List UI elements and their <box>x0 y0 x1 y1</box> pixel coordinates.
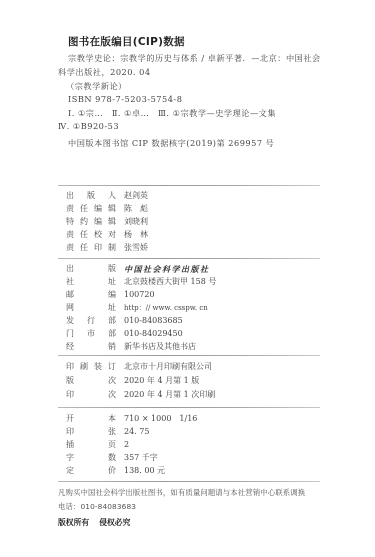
divider <box>58 355 320 356</box>
publisher-value: 100720 <box>124 290 155 300</box>
cip-line-1: 宗教学史论：宗教学的历史与体系 / 卓新平著．—北京：中国社会 <box>68 53 321 63</box>
publisher-label: 网址 <box>66 303 116 313</box>
editor-row: 责任编辑陈 彪 <box>66 204 148 214</box>
publisher-label: 社址 <box>66 277 116 287</box>
divider <box>58 185 320 186</box>
editor-value: 陈 彪 <box>124 204 148 214</box>
publisher-label: 邮编 <box>66 290 116 300</box>
publisher-row: 邮编100720 <box>66 290 155 300</box>
cip-classification-1: Ⅰ. ①宗… Ⅱ. ①卓… Ⅲ. ①宗教学—史学理论—文集 <box>68 108 276 118</box>
cip-classification-2: Ⅳ. ①B920-53 <box>58 121 119 131</box>
publisher-label: 经销 <box>66 342 116 352</box>
copyright-notice: 版权所有侵权必究 <box>58 517 130 528</box>
spec-label: 定价 <box>66 466 116 476</box>
editor-value: 张雪娇 <box>124 243 148 253</box>
spec-label: 开本 <box>66 414 116 424</box>
printing-label: 版次 <box>66 376 116 386</box>
publisher-value: 010-84029450 <box>124 329 183 339</box>
publisher-label: 发行部 <box>66 316 116 326</box>
spec-label: 印张 <box>66 427 116 437</box>
editor-value: 杨 林 <box>124 230 148 240</box>
cip-record-number: 中国版本图书馆 CIP 数据核字(2019)第 269957 号 <box>68 138 274 148</box>
divider <box>58 407 320 408</box>
publisher-value: 010-84083685 <box>124 316 183 326</box>
printing-label: 印刷装订 <box>66 362 116 372</box>
spec-value: 2 <box>124 440 129 450</box>
printing-row: 印次2020 年 4 月第 1 次印刷 <box>66 390 215 400</box>
publisher-row: 发行部010-84083685 <box>66 316 183 326</box>
editor-label: 责任编辑 <box>66 204 116 214</box>
publisher-value: 北京鼓楼西大街甲 158 号 <box>124 277 216 287</box>
editor-row: 责任校对杨 林 <box>66 230 148 240</box>
publisher-value: 新华书店及其他书店 <box>124 342 196 352</box>
spec-value: 24. 75 <box>124 427 149 437</box>
printing-value: 2020 年 4 月第 1 次印刷 <box>124 390 215 400</box>
publisher-label: 门市部 <box>66 329 116 339</box>
website-link[interactable]: http：// www. csspw. cn <box>124 303 208 313</box>
quality-notice: 凡购买中国社会科学出版社图书，如有质量问题请与本社营销中心联系调换 <box>58 487 305 498</box>
publisher-row: 网址http：// www. csspw. cn <box>66 303 208 313</box>
divider <box>58 481 320 482</box>
spec-row: 插页2 <box>66 440 129 450</box>
spec-row: 字数357 千字 <box>66 453 158 463</box>
spec-row: 开本710 × 1000 1/16 <box>66 414 197 424</box>
publisher-row: 门市部010-84029450 <box>66 329 183 339</box>
spec-row: 定价138. 00 元 <box>66 466 165 476</box>
spec-row: 印张24. 75 <box>66 427 149 437</box>
service-phone: 电话：010-84083683 <box>58 501 136 512</box>
publisher-row: 社址北京鼓楼西大街甲 158 号 <box>66 277 216 287</box>
printing-value: 北京市十月印刷有限公司 <box>124 362 212 372</box>
printing-label: 印次 <box>66 390 116 400</box>
editor-row: 出版人赵剑英 <box>66 191 148 201</box>
printing-row: 印刷装订北京市十月印刷有限公司 <box>66 362 212 372</box>
cip-line-2: 科学出版社，2020. 04 <box>58 67 151 77</box>
cip-title: 图书在版编目(CIP)数据 <box>68 34 185 49</box>
editor-label: 出版人 <box>66 191 116 201</box>
spec-label: 字数 <box>66 453 116 463</box>
editor-label: 特约编辑 <box>66 217 116 227</box>
publisher-logo: 中国社会科学出版社 <box>124 264 210 274</box>
publisher-row: 出版中国社会科学出版社 <box>66 264 210 274</box>
cip-isbn: ISBN 978-7-5203-5754-8 <box>68 94 182 104</box>
cip-line-3: （宗教学新论） <box>66 81 127 91</box>
spec-value: 138. 00 元 <box>124 466 165 476</box>
divider <box>58 258 320 259</box>
editor-row: 责任印制张雪娇 <box>66 243 148 253</box>
copyright-page: 图书在版编目(CIP)数据 宗教学史论：宗教学的历史与体系 / 卓新平著．—北京… <box>0 0 375 557</box>
publisher-label: 出版 <box>66 264 116 274</box>
publisher-row: 经销新华书店及其他书店 <box>66 342 196 352</box>
spec-label: 插页 <box>66 440 116 450</box>
editor-row: 特约编辑刘晓利 <box>66 217 148 227</box>
editor-label: 责任校对 <box>66 230 116 240</box>
editor-value: 刘晓利 <box>124 217 148 227</box>
spec-value: 357 千字 <box>124 453 158 463</box>
rights-reserved: 版权所有 <box>58 518 89 527</box>
spec-value: 710 × 1000 1/16 <box>124 414 197 424</box>
printing-value: 2020 年 4 月第 1 版 <box>124 376 199 386</box>
infringement-warning: 侵权必究 <box>99 518 130 527</box>
editor-value: 赵剑英 <box>124 191 148 201</box>
printing-row: 版次2020 年 4 月第 1 版 <box>66 376 199 386</box>
editor-label: 责任印制 <box>66 243 116 253</box>
